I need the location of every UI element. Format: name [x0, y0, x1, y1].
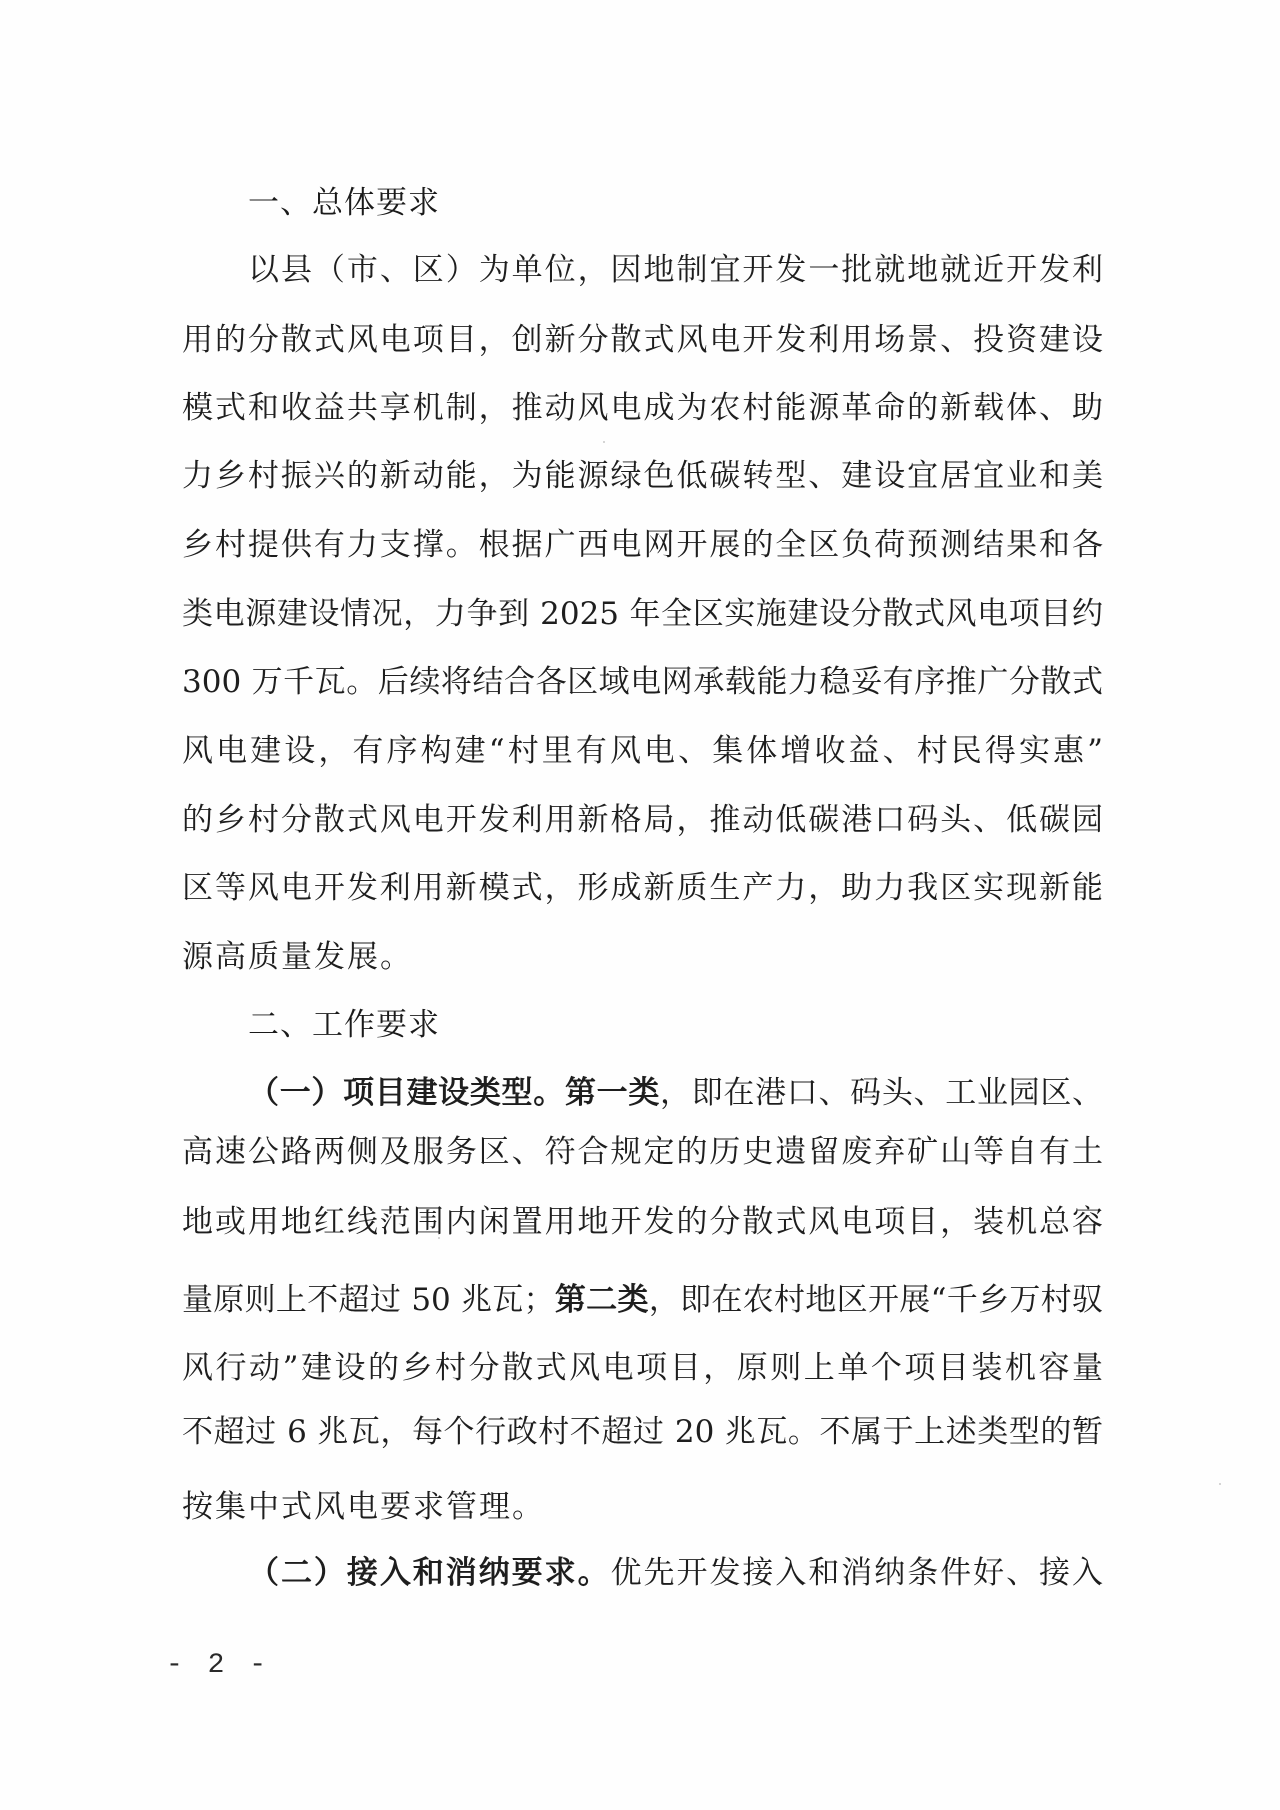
paragraph-line: 风电建设，有序构建“村里有风电、集体增收益、村民得实惠” [182, 727, 1103, 775]
paragraph-line: 风行动”建设的乡村分散式风电项目，原则上单个项目装机容量 [182, 1344, 1103, 1392]
paragraph-line: 300 万千瓦。后续将结合各区域电网承载能力稳妥有序推广分散式 [182, 658, 1103, 706]
paragraph-line: 以县（市、区）为单位，因地制宜开发一批就地就近开发利 [248, 246, 1103, 294]
section-heading-overall-requirements: 一、总体要求 [248, 179, 440, 227]
item-title-project-types: （一）项目建设类型。 [248, 1075, 565, 1111]
category-one-label: 第一类 [565, 1075, 660, 1111]
scan-speck [438, 1237, 440, 1239]
item-grid-access-line: （二）接入和消纳要求。优先开发接入和消纳条件好、接入 [248, 1549, 1103, 1597]
paragraph-line: 高速公路两侧及服务区、符合规定的历史遗留废弃矿山等自有土 [182, 1128, 1103, 1176]
paragraph-line: 乡村提供有力支撑。根据广西电网开展的全区负荷预测结果和各 [182, 521, 1103, 569]
paragraph-line-category-two: 量原则上不超过 50 兆瓦；第二类，即在农村地区开展“千乡万村驭 [182, 1276, 1103, 1324]
category-one-limit-text: 量原则上不超过 50 兆瓦； [182, 1282, 555, 1318]
paragraph-line: 模式和收益共享机制，推动风电成为农村能源革命的新载体、助 [182, 384, 1103, 432]
scan-speck [603, 441, 605, 443]
category-two-label: 第二类 [555, 1282, 649, 1318]
paragraph-line: 不超过 6 兆瓦，每个行政村不超过 20 兆瓦。不属于上述类型的暂 [182, 1408, 1103, 1456]
paragraph-line: 力乡村振兴的新动能，为能源绿色低碳转型、建设宜居宜业和美 [182, 452, 1103, 500]
paragraph-line: 地或用地红线范围内闲置用地开发的分散式风电项目，装机总容 [182, 1198, 1103, 1246]
paragraph-line: 源高质量发展。 [182, 933, 1103, 981]
paragraph-line: 区等风电开发利用新模式，形成新质生产力，助力我区实现新能 [182, 864, 1103, 912]
category-one-text: ，即在港口、码头、工业园区、 [660, 1075, 1103, 1111]
section-heading-work-requirements: 二、工作要求 [248, 1001, 440, 1049]
paragraph-line: 用的分散式风电项目，创新分散式风电开发利用场景、投资建设 [182, 316, 1103, 364]
item-title-grid-access: （二）接入和消纳要求。 [248, 1555, 611, 1591]
page-number: - 2 - [166, 1646, 270, 1686]
category-two-text: ，即在农村地区开展“千乡万村驭 [649, 1282, 1103, 1318]
paragraph-line: 按集中式风电要求管理。 [182, 1483, 1103, 1531]
paragraph-line: 的乡村分散式风电开发利用新格局，推动低碳港口码头、低碳园 [182, 796, 1103, 844]
document-page: 一、总体要求 以县（市、区）为单位，因地制宜开发一批就地就近开发利 用的分散式风… [0, 0, 1280, 1810]
paragraph-line: 类电源建设情况，力争到 2025 年全区实施建设分散式风电项目约 [182, 590, 1103, 638]
grid-access-text: 优先开发接入和消纳条件好、接入 [611, 1555, 1103, 1591]
scan-speck [1219, 1483, 1221, 1485]
item-project-types-line: （一）项目建设类型。第一类，即在港口、码头、工业园区、 [248, 1069, 1103, 1117]
